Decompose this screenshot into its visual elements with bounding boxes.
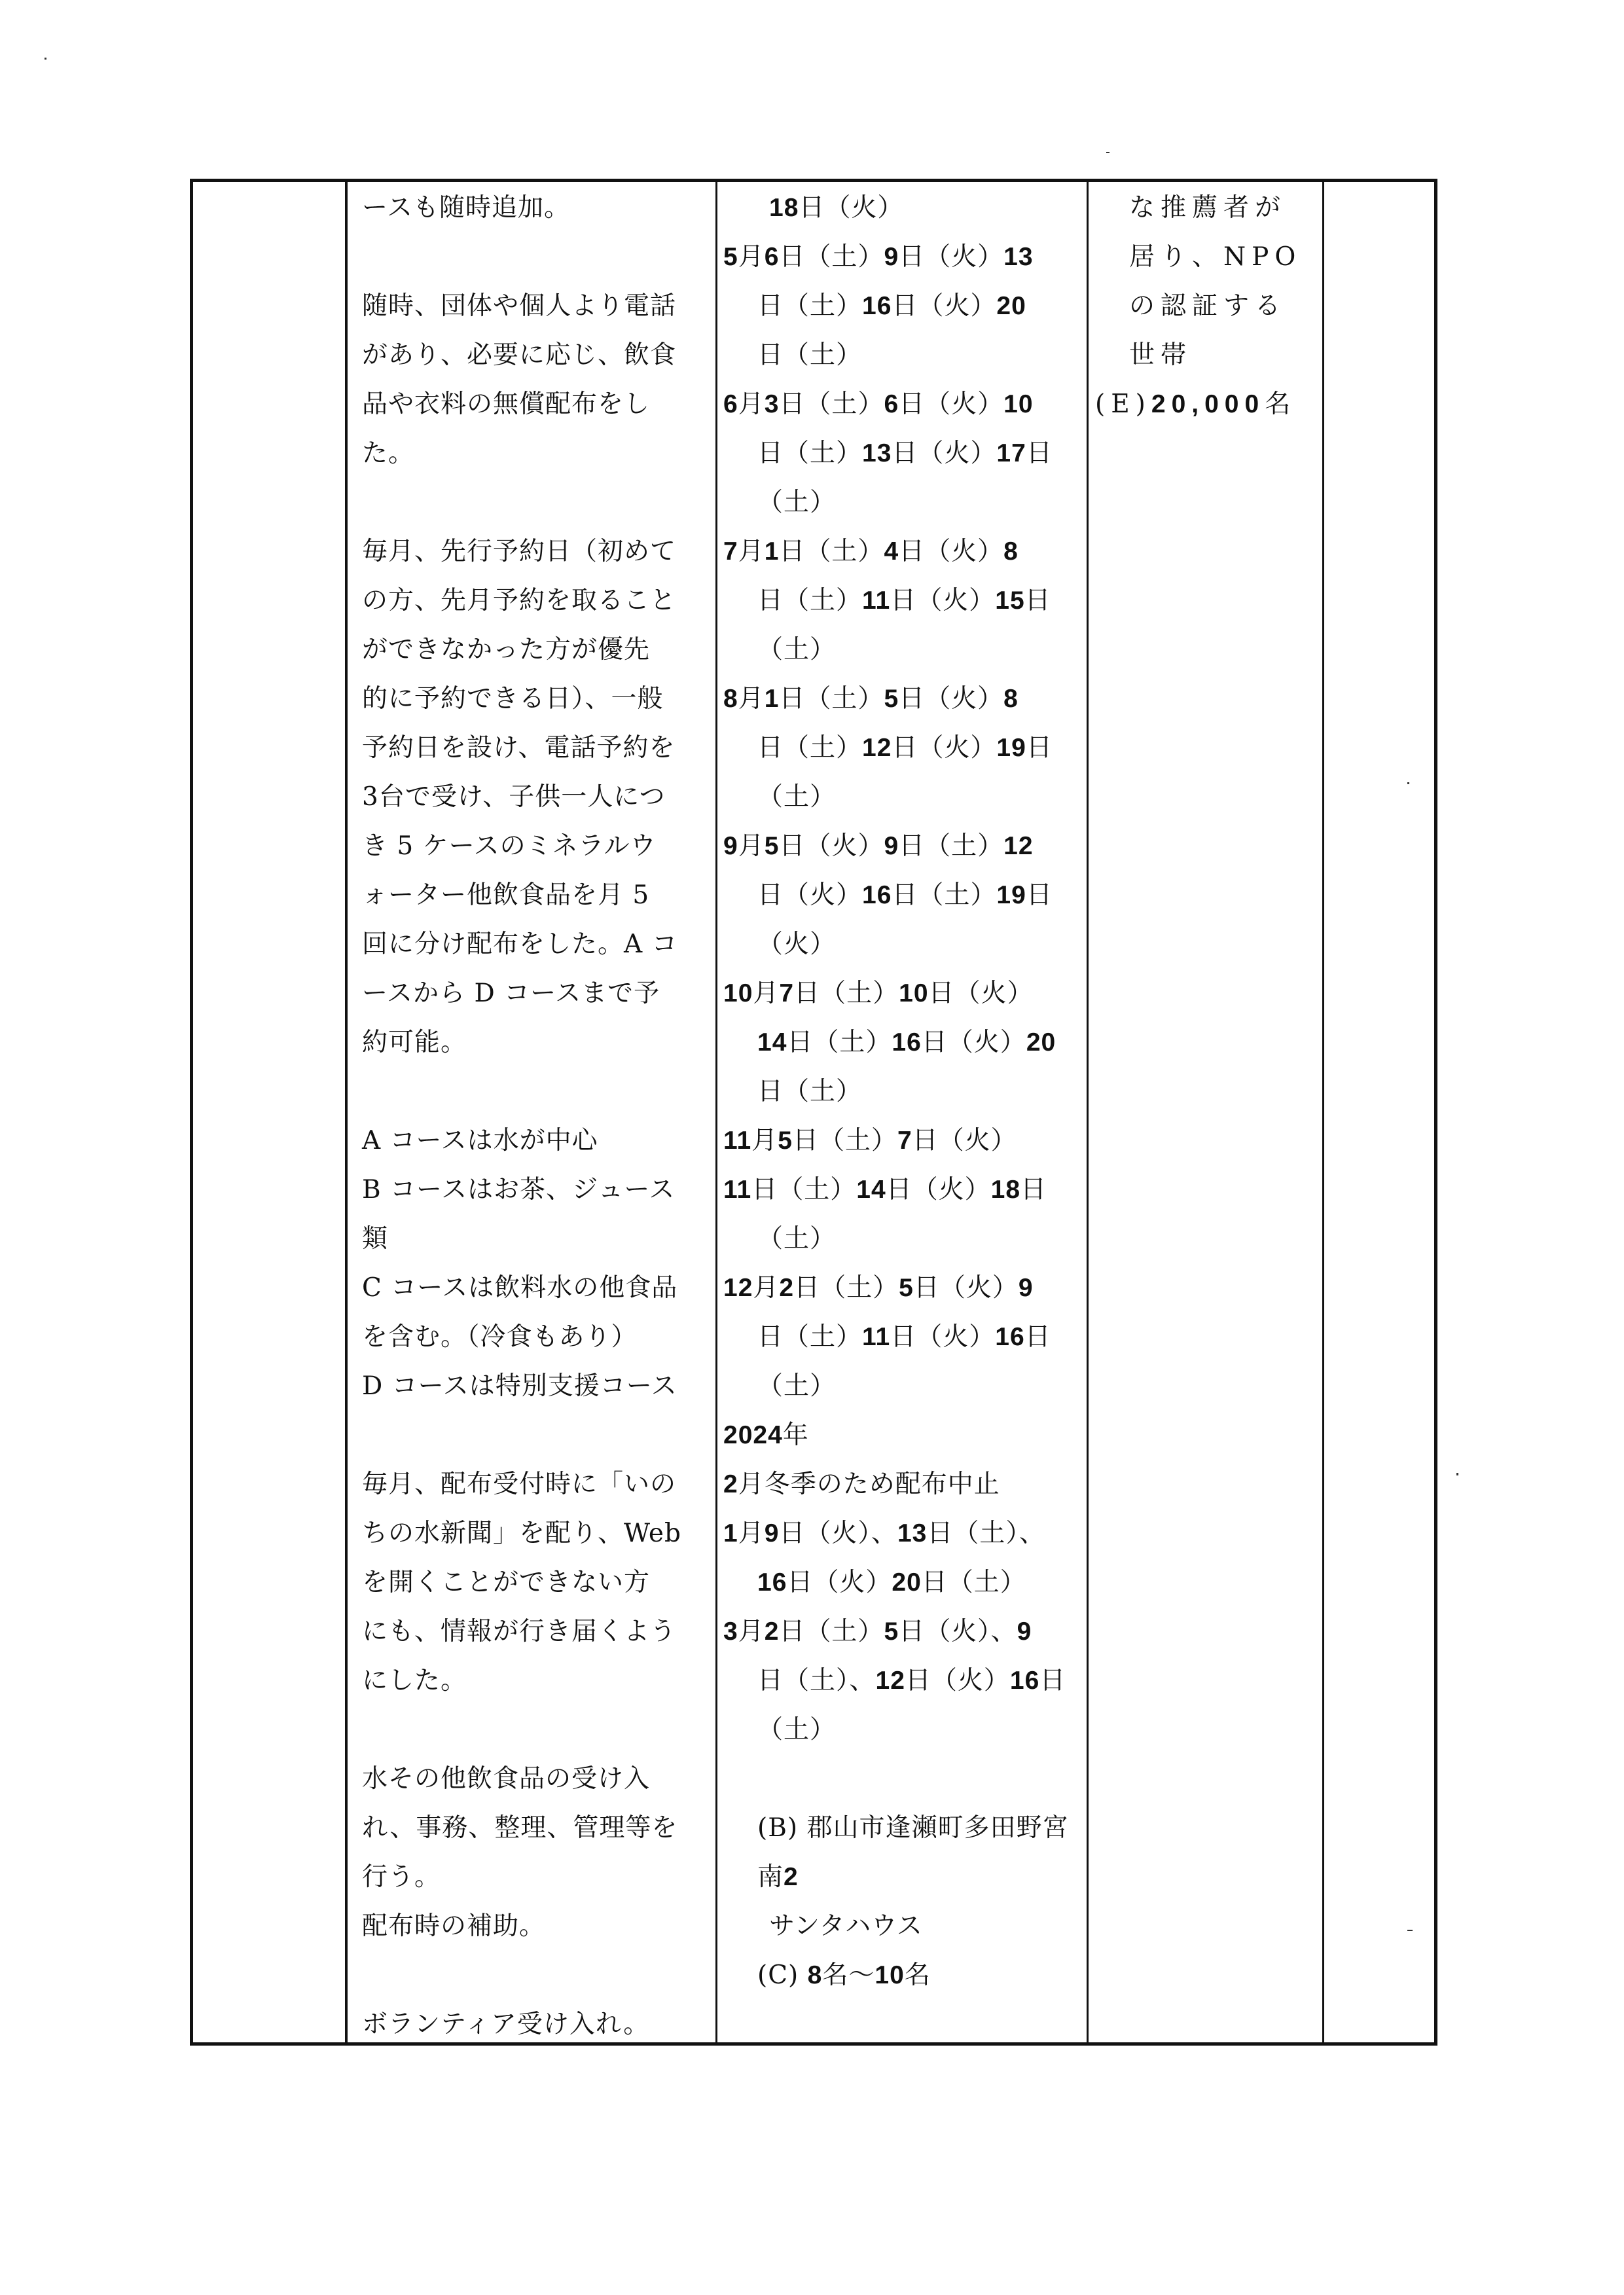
scan-speck — [45, 58, 46, 60]
document-page: ースも随時追加。随時、団体や個人より電話があり、必要に応じ、飲食品や衣料の無償配… — [0, 0, 1624, 2295]
text-line: 11日（土）14日（火）18日 — [723, 1165, 1087, 1214]
text-line: 類 — [362, 1214, 715, 1263]
text-line: 居り、NPO — [1095, 232, 1322, 281]
text-line: ができなかった方が優先 — [362, 625, 715, 674]
text-line: ースも随時追加。 — [362, 183, 715, 232]
column-divider-2 — [715, 182, 717, 2042]
text-line: 6月3日（土）6日（火）10 — [723, 380, 1087, 429]
text-line: （土） — [723, 625, 1087, 674]
text-line: 12月2日（土）5日（火）9 — [723, 1263, 1087, 1312]
text-line: た。 — [362, 429, 715, 478]
text-line — [362, 478, 715, 527]
column-divider-1 — [345, 182, 348, 2042]
text-line: 1月9日（火）、13日（土）、 — [723, 1509, 1087, 1558]
text-line: 約可能。 — [362, 1018, 715, 1067]
text-line: 毎月、先行予約日（初めて — [362, 527, 715, 576]
text-line: 2024年 — [723, 1411, 1087, 1460]
text-line: 的に予約できる日）、一般 — [362, 674, 715, 723]
text-line: 日（土）11日（火）16日 — [723, 1312, 1087, 1362]
cell-activity-description: ースも随時追加。随時、団体や個人より電話があり、必要に応じ、飲食品や衣料の無償配… — [362, 183, 715, 2049]
text-line: 世帯 — [1095, 331, 1322, 380]
text-line: （土） — [723, 772, 1087, 822]
scan-speck — [1407, 1930, 1413, 1931]
text-line: 予約日を設け、電話予約を — [362, 723, 715, 772]
text-line — [362, 232, 715, 281]
text-line: の認証する — [1095, 281, 1322, 331]
text-line: A コースは水が中心 — [362, 1116, 715, 1165]
text-line: （土） — [723, 1705, 1087, 1754]
text-line: れ、事務、整理、管理等を — [362, 1803, 715, 1852]
text-line — [362, 1411, 715, 1460]
cell-beneficiaries: な推薦者が居り、NPOの認証する世帯(E)20,000名 — [1095, 183, 1322, 429]
text-line: 日（土）13日（火）17日 — [723, 429, 1087, 478]
text-line: (E)20,000名 — [1095, 380, 1322, 429]
text-line: 3月2日（土）5日（火）、9 — [723, 1607, 1087, 1656]
text-line: にした。 — [362, 1656, 715, 1705]
text-line: にも、情報が行き届くよう — [362, 1607, 715, 1656]
text-line: 18日（火） — [723, 183, 1087, 232]
text-line: （土） — [723, 1214, 1087, 1263]
text-line: 日（土） — [723, 331, 1087, 380]
cell-schedule-location: 18日（火）5月6日（土）9日（火）13日（土）16日（火）20日（土）6月3日… — [723, 183, 1087, 2000]
text-line: 日（火）16日（土）19日 — [723, 871, 1087, 920]
text-line: 日（土）、12日（火）16日 — [723, 1656, 1087, 1705]
text-line: （火） — [723, 920, 1087, 969]
text-line: 2月冬季のため配布中止 — [723, 1460, 1087, 1509]
text-line: 14日（土）16日（火）20 — [723, 1018, 1087, 1067]
activity-table: ースも随時追加。随時、団体や個人より電話があり、必要に応じ、飲食品や衣料の無償配… — [190, 179, 1437, 2046]
text-line: 行う。 — [362, 1852, 715, 1902]
text-line: 日（土）11日（火）15日 — [723, 576, 1087, 625]
scan-speck — [1456, 1473, 1458, 1475]
text-line: 日（土） — [723, 1067, 1087, 1116]
text-line: 回に分け配布をした。A コ — [362, 920, 715, 969]
text-line: (B) 郡山市逢瀬町多田野宮 — [723, 1803, 1087, 1852]
text-line: 7月1日（土）4日（火）8 — [723, 527, 1087, 576]
text-line — [362, 1705, 715, 1754]
text-line — [362, 1951, 715, 2000]
text-line — [362, 1067, 715, 1116]
scan-speck — [1106, 152, 1110, 153]
text-line: 5月6日（土）9日（火）13 — [723, 232, 1087, 281]
text-line: C コースは飲料水の他食品 — [362, 1263, 715, 1312]
text-line — [723, 1754, 1087, 1803]
text-line: ォーター他飲食品を月 5 — [362, 871, 715, 920]
text-line: サンタハウス — [723, 1902, 1087, 1951]
text-line: B コースはお茶、ジュース — [362, 1165, 715, 1214]
text-line: 配布時の補助。 — [362, 1902, 715, 1951]
text-line: 日（土）16日（火）20 — [723, 281, 1087, 331]
text-line: な推薦者が — [1095, 183, 1322, 232]
text-line: 11月5日（土）7日（火） — [723, 1116, 1087, 1165]
text-line: 品や衣料の無償配布をし — [362, 380, 715, 429]
text-line: 10月7日（土）10日（火） — [723, 969, 1087, 1018]
text-line: ちの水新聞」を配り、Web — [362, 1509, 715, 1558]
text-line: の方、先月予約を取ること — [362, 576, 715, 625]
text-line: 3台で受け、子供一人につ — [362, 772, 715, 822]
text-line: 16日（火）20日（土） — [723, 1558, 1087, 1607]
text-line: （土） — [723, 1362, 1087, 1411]
text-line: （土） — [723, 478, 1087, 527]
text-line: (C) 8名～10名 — [723, 1951, 1087, 2000]
column-divider-4 — [1322, 182, 1324, 2042]
column-divider-3 — [1087, 182, 1089, 2042]
text-line: 随時、団体や個人より電話 — [362, 281, 715, 331]
text-line: があり、必要に応じ、飲食 — [362, 331, 715, 380]
text-line: ボランティア受け入れ。 — [362, 2000, 715, 2049]
text-line: き 5 ケースのミネラルウ — [362, 822, 715, 871]
text-line: 毎月、配布受付時に「いの — [362, 1460, 715, 1509]
text-line: を開くことができない方 — [362, 1558, 715, 1607]
text-line: ースから D コースまで予 — [362, 969, 715, 1018]
text-line: を含む。（冷食もあり） — [362, 1312, 715, 1362]
text-line: 水その他飲食品の受け入 — [362, 1754, 715, 1803]
text-line: 9月5日（火）9日（土）12 — [723, 822, 1087, 871]
text-line: 南2 — [723, 1852, 1087, 1902]
text-line: D コースは特別支援コース — [362, 1362, 715, 1411]
text-line: 日（土）12日（火）19日 — [723, 723, 1087, 772]
scan-speck — [1407, 782, 1409, 784]
text-line: 8月1日（土）5日（火）8 — [723, 674, 1087, 723]
